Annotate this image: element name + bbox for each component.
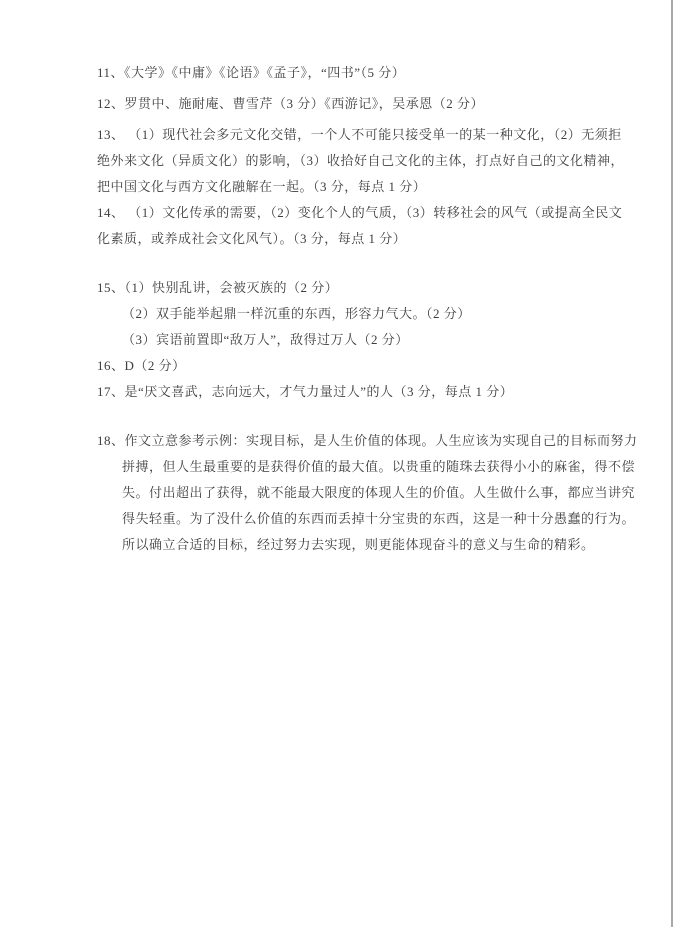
answer-line: 失。付出超出了获得，就不能最大限度的体现人生的价值。人生做什么事，都应当讲究 <box>97 480 581 506</box>
answer-item-16: 16、D（2 分） <box>97 353 581 379</box>
answer-line: 14、 （1）文化传承的需要，（2）变化个人的气质，（3）转移社会的风气（或提高… <box>97 200 581 226</box>
answer-line: 把中国文化与西方文化融解在一起。（3 分，每点 1 分） <box>97 174 581 200</box>
answer-line: 18、作文立意参考示例：实现目标，是人生价值的体现。人生应该为实现自己的目标而努… <box>97 428 581 454</box>
answer-line: 16、D（2 分） <box>97 353 581 379</box>
answer-line: 17、是“厌文喜武，志向远大，才气力量过人”的人（3 分，每点 1 分） <box>97 379 581 405</box>
answer-list: 11、《大学》《中庸》《论语》《孟子》，“四书”（5 分）12、罗贯中、施耐庵、… <box>97 60 581 558</box>
answer-line: 12、罗贯中、施耐庵、曹雪芹（3 分）《西游记》，吴承恩（2 分） <box>97 91 581 117</box>
answer-item-12: 12、罗贯中、施耐庵、曹雪芹（3 分）《西游记》，吴承恩（2 分） <box>97 91 581 117</box>
answer-line: 15、（1）快别乱讲，会被灭族的（2 分） <box>97 275 581 301</box>
answer-line: 化素质，或养成社会文化风气）。（3 分，每点 1 分） <box>97 226 581 252</box>
answer-line: 绝外来文化（异质文化）的影响，（3）收拾好自己文化的主体，打点好自己的文化精神， <box>97 148 581 174</box>
answer-line: 所以确立合适的目标，经过努力去实现，则更能体现奋斗的意义与生命的精彩。 <box>97 532 581 558</box>
answer-item-11: 11、《大学》《中庸》《论语》《孟子》，“四书”（5 分） <box>97 60 581 86</box>
answer-item-17: 17、是“厌文喜武，志向远大，才气力量过人”的人（3 分，每点 1 分） <box>97 379 581 405</box>
document-page: 11、《大学》《中庸》《论语》《孟子》，“四书”（5 分）12、罗贯中、施耐庵、… <box>0 0 676 933</box>
answer-item-15: 15、（1）快别乱讲，会被灭族的（2 分）（2）双手能举起鼎一样沉重的东西，形容… <box>97 275 581 353</box>
answer-line: （3）宾语前置即“敌万人”，敌得过万人（2 分） <box>97 327 581 353</box>
page-edge-line <box>671 0 673 927</box>
answer-line: 13、 （1）现代社会多元文化交错，一个人不可能只接受单一的某一种文化，（2）无… <box>97 122 581 148</box>
answer-line: （2）双手能举起鼎一样沉重的东西，形容力气大。（2 分） <box>97 301 581 327</box>
answer-item-13: 13、 （1）现代社会多元文化交错，一个人不可能只接受单一的某一种文化，（2）无… <box>97 122 581 200</box>
answer-item-14: 14、 （1）文化传承的需要，（2）变化个人的气质，（3）转移社会的风气（或提高… <box>97 200 581 252</box>
answer-line: 得失轻重。为了没什么价值的东西而丢掉十分宝贵的东西，这是一种十分愚蠢的行为。 <box>97 506 581 532</box>
answer-line: 拼搏，但人生最重要的是获得价值的最大值。以贵重的随珠去获得小小的麻雀，得不偿 <box>97 454 581 480</box>
answer-line: 11、《大学》《中庸》《论语》《孟子》，“四书”（5 分） <box>97 60 581 86</box>
answer-item-18: 18、作文立意参考示例：实现目标，是人生价值的体现。人生应该为实现自己的目标而努… <box>97 428 581 558</box>
